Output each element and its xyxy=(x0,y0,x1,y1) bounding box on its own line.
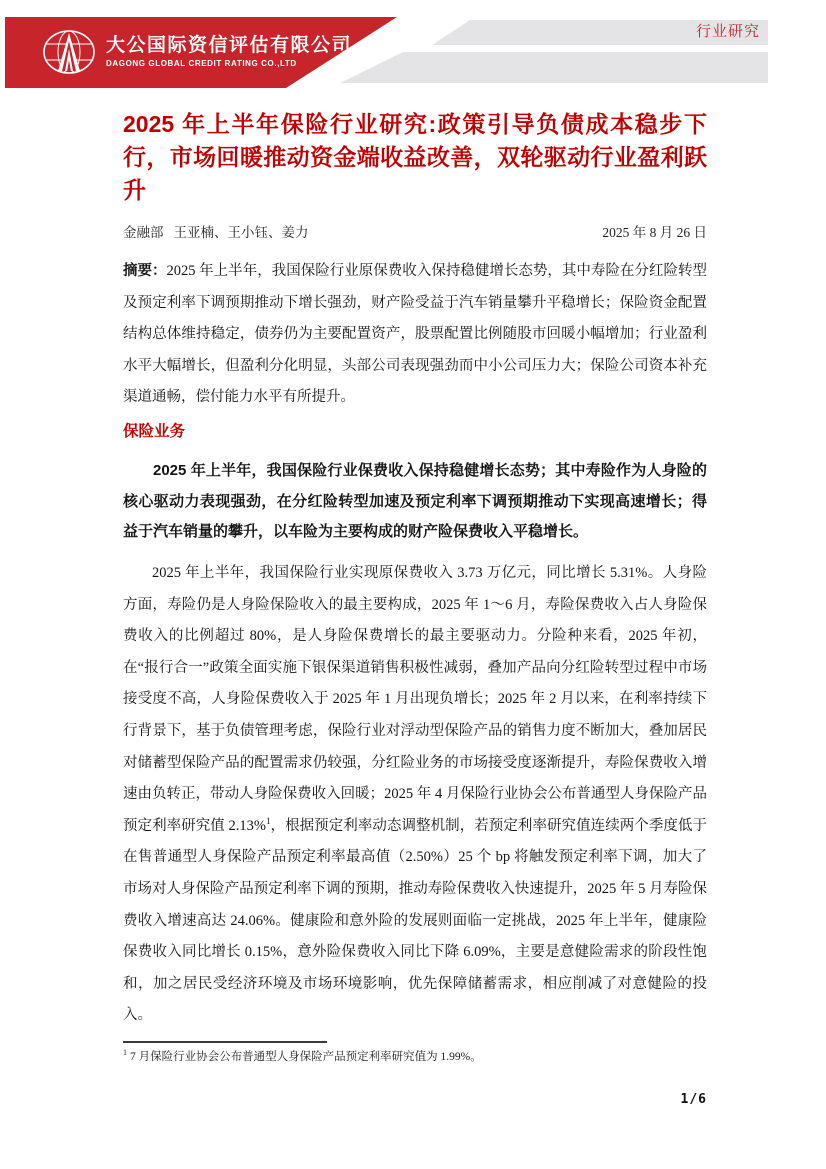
section-heading-insurance-business: 保险业务 xyxy=(123,422,707,442)
footnote-text: 7 月保险行业协会公布普通型人身保险产品预定利率研究值为 1.99%。 xyxy=(130,1051,482,1063)
company-identity: 大公国际资信评估有限公司 DAGONG GLOBAL CREDIT RATING… xyxy=(42,29,352,75)
body-text-before-footnote: 2025 年上半年，我国保险行业实现原保费收入 3.73 万亿元，同比增长 5.… xyxy=(123,565,707,834)
company-name-block: 大公国际资信评估有限公司 DAGONG GLOBAL CREDIT RATING… xyxy=(106,36,352,69)
page-number: 1/6 xyxy=(123,1092,707,1107)
company-name-en: DAGONG GLOBAL CREDIT RATING CO.,LTD xyxy=(106,60,352,69)
report-title: 2025 年上半年保险行业研究:政策引导负债成本稳步下行，市场回暖推动资金端收益… xyxy=(123,108,707,207)
footnote-separator-rule xyxy=(123,1041,327,1043)
abstract-label: 摘要： xyxy=(123,263,167,279)
report-category-label: 行业研究 xyxy=(696,20,768,45)
report-page: 行业研究 大公国际资信评估有限公司 DAGONG GLOBAL CREDIT R… xyxy=(0,0,826,1169)
footnote-marker: 1 xyxy=(123,1048,127,1057)
footnote-paragraph: 17 月保险行业协会公布普通型人身保险产品预定利率研究值为 1.99%。 xyxy=(123,1049,707,1066)
abstract-text: 2025 年上半年，我国保险行业原保费收入保持稳健增长态势，其中寿险在分红险转型… xyxy=(123,263,707,405)
body-text-after-footnote: ，根据预定利率动态调整机制，若预定利率研究值连续两个季度低于在售普通型人身保险产… xyxy=(123,818,707,1024)
abstract-paragraph: 摘要：2025 年上半年，我国保险行业原保费收入保持稳健增长态势，其中寿险在分红… xyxy=(123,256,707,414)
report-date: 2025 年 8 月 26 日 xyxy=(602,221,707,241)
byline-row: 金融部王亚楠、王小钰、姜力 2025 年 8 月 26 日 xyxy=(123,221,707,241)
company-logo-globe-icon xyxy=(42,29,96,75)
section-lead-paragraph: 2025 年上半年，我国保险行业保费收入保持稳健增长态势；其中寿险作为人身险的核… xyxy=(123,456,707,548)
byline-department: 金融部 xyxy=(123,225,164,240)
byline-authors: 金融部王亚楠、王小钰、姜力 xyxy=(123,221,309,241)
section-body-paragraph: 2025 年上半年，我国保险行业实现原保费收入 3.73 万亿元，同比增长 5.… xyxy=(123,558,707,1032)
byline-author-names: 王亚楠、王小钰、姜力 xyxy=(174,225,309,240)
company-name-cn: 大公国际资信评估有限公司 xyxy=(106,36,352,57)
